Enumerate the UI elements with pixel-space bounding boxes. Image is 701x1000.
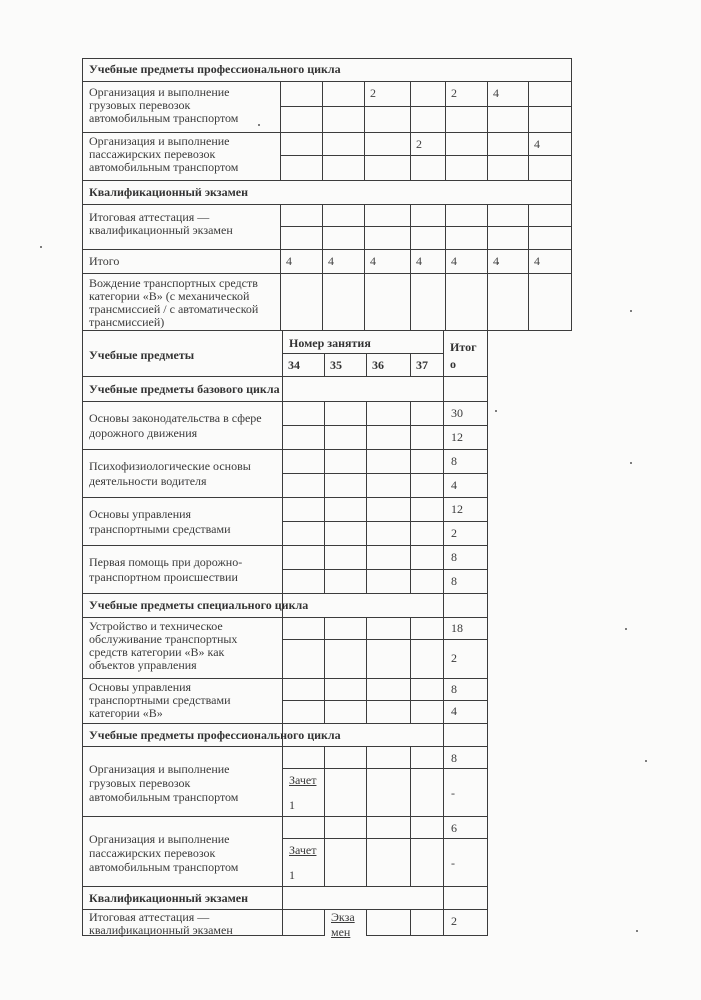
table-border <box>82 204 572 205</box>
scan-speck <box>625 628 627 630</box>
total-value: 4 <box>286 255 292 268</box>
section-special-cycle: Учебные предметы специального цикла <box>89 599 308 612</box>
subject-base-1: Психофизиологические основы <box>89 460 251 473</box>
table-border <box>366 353 367 377</box>
section-base-cycle: Учебные предметы базового цикла <box>89 383 280 396</box>
table-border <box>82 816 488 817</box>
table-border <box>282 521 488 522</box>
table-border <box>324 353 325 377</box>
table-border <box>487 81 488 181</box>
table-border <box>82 330 572 331</box>
table-border <box>364 204 365 331</box>
table-border <box>280 81 281 181</box>
table-border <box>410 678 411 724</box>
table-border <box>282 639 488 640</box>
scan-speck <box>630 462 632 464</box>
subject-professional-1: автомобильным транспортом <box>89 861 238 874</box>
total-hours-theory: 8 <box>451 551 457 564</box>
table-border <box>282 569 488 570</box>
subject-base-3: Первая помощь при дорожно- <box>89 556 242 569</box>
table-border <box>324 746 325 817</box>
table-border <box>410 353 411 377</box>
section-professional-cycle: Учебные предметы профессионального цикла <box>89 63 341 76</box>
table-border <box>324 909 325 936</box>
table-border <box>82 180 572 181</box>
total-value: 4 <box>416 255 422 268</box>
total-hours-practice: 12 <box>451 431 463 444</box>
section-qualification-exam: Квалификационный экзамен <box>89 186 248 199</box>
table-border <box>282 838 488 839</box>
total-hours-practice: 4 <box>451 705 457 718</box>
subject-professional-0: грузовых перевозок <box>89 777 190 790</box>
table-border <box>445 204 446 331</box>
credit-mark: Зачет <box>289 774 316 787</box>
table-border <box>82 58 83 346</box>
total-hours-theory: 18 <box>451 622 463 635</box>
table-border <box>82 886 488 887</box>
scan-speck <box>40 246 42 248</box>
scan-speck <box>258 124 260 126</box>
column-header-total: Итог <box>450 341 477 354</box>
scan-speck <box>497 262 499 264</box>
table-border <box>410 81 411 181</box>
table-border <box>366 497 367 546</box>
subject-passenger-transport: автомобильным транспортом <box>89 161 238 174</box>
lesson-hours: 2 <box>370 87 376 100</box>
table-border <box>410 449 411 498</box>
table-border <box>282 700 488 701</box>
total-hours-theory: 8 <box>451 683 457 696</box>
table-border <box>410 497 411 546</box>
table-border <box>366 909 367 936</box>
total-hours-practice: 2 <box>451 652 457 665</box>
table-border <box>366 678 367 724</box>
total-value: 4 <box>534 255 540 268</box>
table-border <box>82 617 488 618</box>
lesson-number-34: 34 <box>288 359 300 372</box>
table-border <box>324 617 325 679</box>
total-value: 4 <box>451 255 457 268</box>
table-border <box>322 204 323 331</box>
table-border <box>82 746 488 747</box>
table-border <box>410 617 411 679</box>
total-hours-theory: 12 <box>451 503 463 516</box>
lesson-hours: 2 <box>416 138 422 151</box>
total-hours-theory: 30 <box>451 407 463 420</box>
subject-base-3: транспортном происшествии <box>89 571 238 584</box>
table-border <box>528 81 529 181</box>
total-hours-theory: 6 <box>451 822 457 835</box>
table-border <box>410 909 411 936</box>
table-border <box>82 545 488 546</box>
subject-base-1: деятельности водителя <box>89 475 207 488</box>
table-border <box>366 449 367 498</box>
subject-base-2: транспортными средствами <box>89 523 231 536</box>
table-border <box>82 449 488 450</box>
table-border <box>282 425 488 426</box>
total-hours-practice: - <box>451 857 455 870</box>
table-border <box>410 746 411 817</box>
table-border <box>366 816 367 887</box>
table-border <box>487 330 488 936</box>
subject-professional-0: Организация и выполнение <box>89 763 230 776</box>
table-border <box>366 935 488 936</box>
lesson-hours: 4 <box>493 87 499 100</box>
table-border <box>366 401 367 450</box>
table-border <box>324 545 325 594</box>
lesson-number-37: 37 <box>416 359 428 372</box>
table-border <box>82 132 572 133</box>
table-border <box>82 58 572 59</box>
lesson-hours: 4 <box>534 138 540 151</box>
table-border <box>82 249 572 250</box>
total-value: 4 <box>328 255 334 268</box>
column-header-total: о <box>450 358 456 371</box>
column-header-lesson-number: Номер занятия <box>289 337 371 350</box>
total-label: Итого <box>89 255 119 268</box>
table-border <box>82 401 488 402</box>
total-hours-practice: 4 <box>451 479 457 492</box>
exam-mark: мен <box>331 926 350 939</box>
total-hours-theory: 8 <box>451 455 457 468</box>
total-hours-practice: 8 <box>451 575 457 588</box>
table-border <box>366 617 367 679</box>
table-border <box>445 81 446 181</box>
table-border <box>82 376 488 377</box>
section-qualification-exam-2: Квалификационный экзамен <box>89 892 248 905</box>
exam-mark: Экза <box>331 911 355 924</box>
lesson-number-36: 36 <box>372 359 384 372</box>
table-border <box>282 473 488 474</box>
lesson-number-35: 35 <box>330 359 342 372</box>
table-border <box>324 401 325 450</box>
total-hours-practice: 2 <box>451 527 457 540</box>
subject-cargo-transport: автомобильным транспортом <box>89 112 238 125</box>
scan-speck <box>645 760 647 762</box>
total-value: 4 <box>370 255 376 268</box>
credit-mark-count: 1 <box>289 799 295 812</box>
table-border <box>443 330 444 936</box>
table-border <box>366 545 367 594</box>
subject-final-attestation: квалификационный экзамен <box>89 224 233 237</box>
table-border <box>528 204 529 331</box>
total-hours-practice: - <box>451 787 455 800</box>
total-hours-theory: 8 <box>451 752 457 765</box>
table-border <box>366 746 367 817</box>
table-border <box>410 204 411 331</box>
subject-base-2: Основы управления <box>89 508 191 521</box>
table-border <box>410 545 411 594</box>
subject-professional-1: пассажирских перевозок <box>89 847 215 860</box>
table-border <box>364 81 365 181</box>
table-border <box>410 401 411 450</box>
subject-professional-1: Организация и выполнение <box>89 833 230 846</box>
section-professional-cycle-2: Учебные предметы профессионального цикла <box>89 729 341 742</box>
table-border <box>82 678 488 679</box>
table-border <box>82 497 488 498</box>
table-border <box>324 497 325 546</box>
table-border <box>282 768 488 769</box>
scan-speck <box>636 930 638 932</box>
table-border <box>487 204 488 331</box>
subject-special-0: объектов управления <box>89 659 197 672</box>
table-border <box>324 816 325 887</box>
table-border <box>324 449 325 498</box>
subject-professional-0: автомобильным транспортом <box>89 791 238 804</box>
exam-total-hours: 2 <box>451 915 457 928</box>
subject-base-0: дорожного движения <box>89 427 197 440</box>
scan-speck <box>495 410 497 412</box>
table-border <box>280 204 281 331</box>
table-border <box>82 273 572 274</box>
table-border <box>324 678 325 724</box>
table-border <box>322 81 323 181</box>
subject-final-attestation-2: квалификационный экзамен <box>89 924 233 937</box>
scan-speck <box>630 310 632 312</box>
table-border <box>82 330 83 936</box>
table-border <box>282 353 444 354</box>
subject-base-0: Основы законодательства в сфере <box>89 412 262 425</box>
table-border <box>571 58 572 331</box>
lesson-hours: 2 <box>451 87 457 100</box>
table-border <box>282 330 283 936</box>
table-border <box>82 81 572 82</box>
table-border <box>82 593 488 594</box>
subject-driving-category-b: трансмиссией) <box>89 316 164 329</box>
subject-special-1: категории «В» <box>89 707 163 720</box>
credit-mark-count: 1 <box>289 869 295 882</box>
table-border <box>82 723 488 724</box>
column-header-subjects: Учебные предметы <box>89 349 194 362</box>
table-border <box>410 816 411 887</box>
credit-mark: Зачет <box>289 844 316 857</box>
